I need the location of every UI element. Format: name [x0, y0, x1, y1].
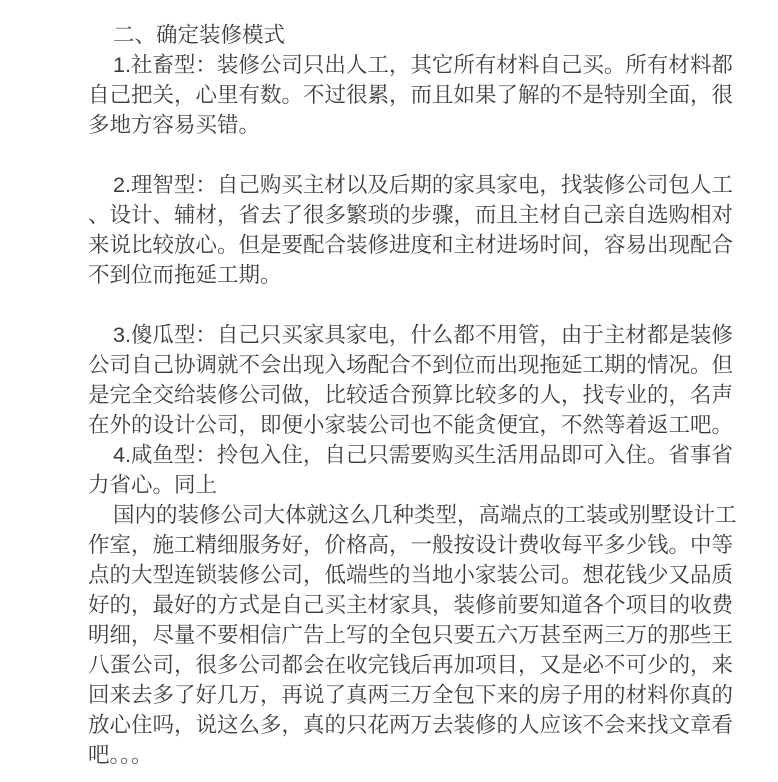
- text-line: 自己把关，心里有数。不过很累，而且如果了解的不是特别全面，很: [88, 80, 748, 110]
- blank-line: [88, 140, 748, 170]
- document-page: 二、确定装修模式1.社畜型：装修公司只出人工，其它所有材料自己买。所有材料都自己…: [0, 0, 778, 782]
- text-line: 点的大型连锁装修公司，低端些的当地小家装公司。想花钱少又品质: [88, 560, 748, 590]
- text-line: 2.理智型：自己购买主材以及后期的家具家电，找装修公司包人工: [88, 170, 748, 200]
- text-line: 是完全交给装修公司做，比较适合预算比较多的人，找专业的，名声: [88, 380, 748, 410]
- text-line: 在外的设计公司，即便小家装公司也不能贪便宜，不然等着返工吧。: [88, 410, 748, 440]
- text-line: 力省心。同上: [88, 470, 748, 500]
- text-line: 4.咸鱼型：拎包入住，自己只需要购买生活用品即可入住。省事省: [88, 440, 748, 470]
- text-line: 3.傻瓜型：自己只买家具家电，什么都不用管，由于主材都是装修: [88, 320, 748, 350]
- text-line: 好的，最好的方式是自己买主材家具，装修前要知道各个项目的收费: [88, 590, 748, 620]
- text-line: 来说比较放心。但是要配合装修进度和主材进场时间，容易出现配合: [88, 230, 748, 260]
- text-line: 作室，施工精细服务好，价格高，一般按设计费收每平多少钱。中等: [88, 530, 748, 560]
- document-body: 二、确定装修模式1.社畜型：装修公司只出人工，其它所有材料自己买。所有材料都自己…: [88, 20, 748, 770]
- text-line: 公司自己协调就不会出现入场配合不到位而出现拖延工期的情况。但: [88, 350, 748, 380]
- blank-line: [88, 290, 748, 320]
- text-line: 回来去多了好几万，再说了真两三万全包下来的房子用的材料你真的: [88, 680, 748, 710]
- text-line: 多地方容易买错。: [88, 110, 748, 140]
- text-line: 吧。。。: [88, 740, 748, 770]
- text-line: 放心住吗，说这么多，真的只花两万去装修的人应该不会来找文章看: [88, 710, 748, 740]
- text-line: 明细，尽量不要相信广告上写的全包只要五六万甚至两三万的那些王: [88, 620, 748, 650]
- text-line: 1.社畜型：装修公司只出人工，其它所有材料自己买。所有材料都: [88, 50, 748, 80]
- text-line: 二、确定装修模式: [88, 20, 748, 50]
- text-line: 八蛋公司，很多公司都会在收完钱后再加项目，又是必不可少的，来: [88, 650, 748, 680]
- text-line: 国内的装修公司大体就这么几种类型，高端点的工装或别墅设计工: [88, 500, 748, 530]
- text-line: 不到位而拖延工期。: [88, 260, 748, 290]
- text-line: 、设计、辅材，省去了很多繁琐的步骤，而且主材自己亲自选购相对: [88, 200, 748, 230]
